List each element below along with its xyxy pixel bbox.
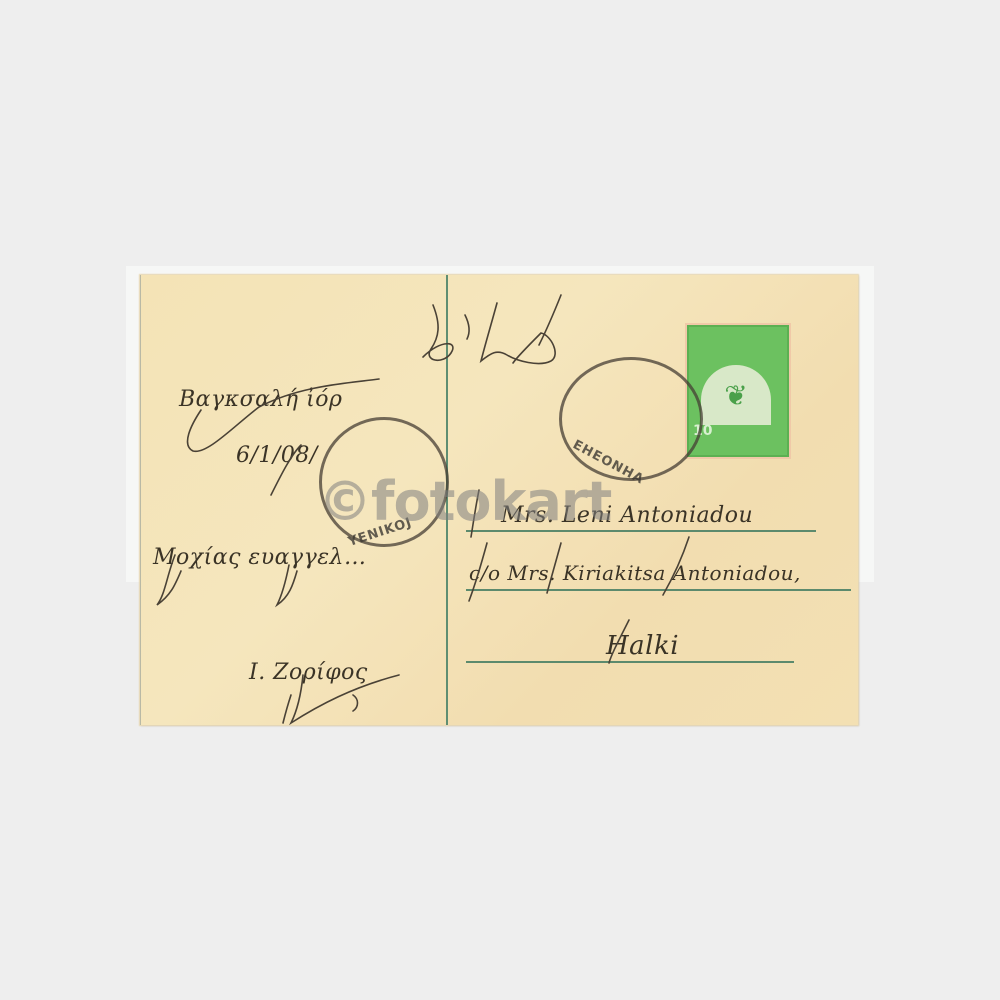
- copyright-icon: ©: [318, 470, 371, 533]
- watermark: ©fotokart: [318, 470, 611, 533]
- watermark-text: fotokart: [371, 470, 611, 533]
